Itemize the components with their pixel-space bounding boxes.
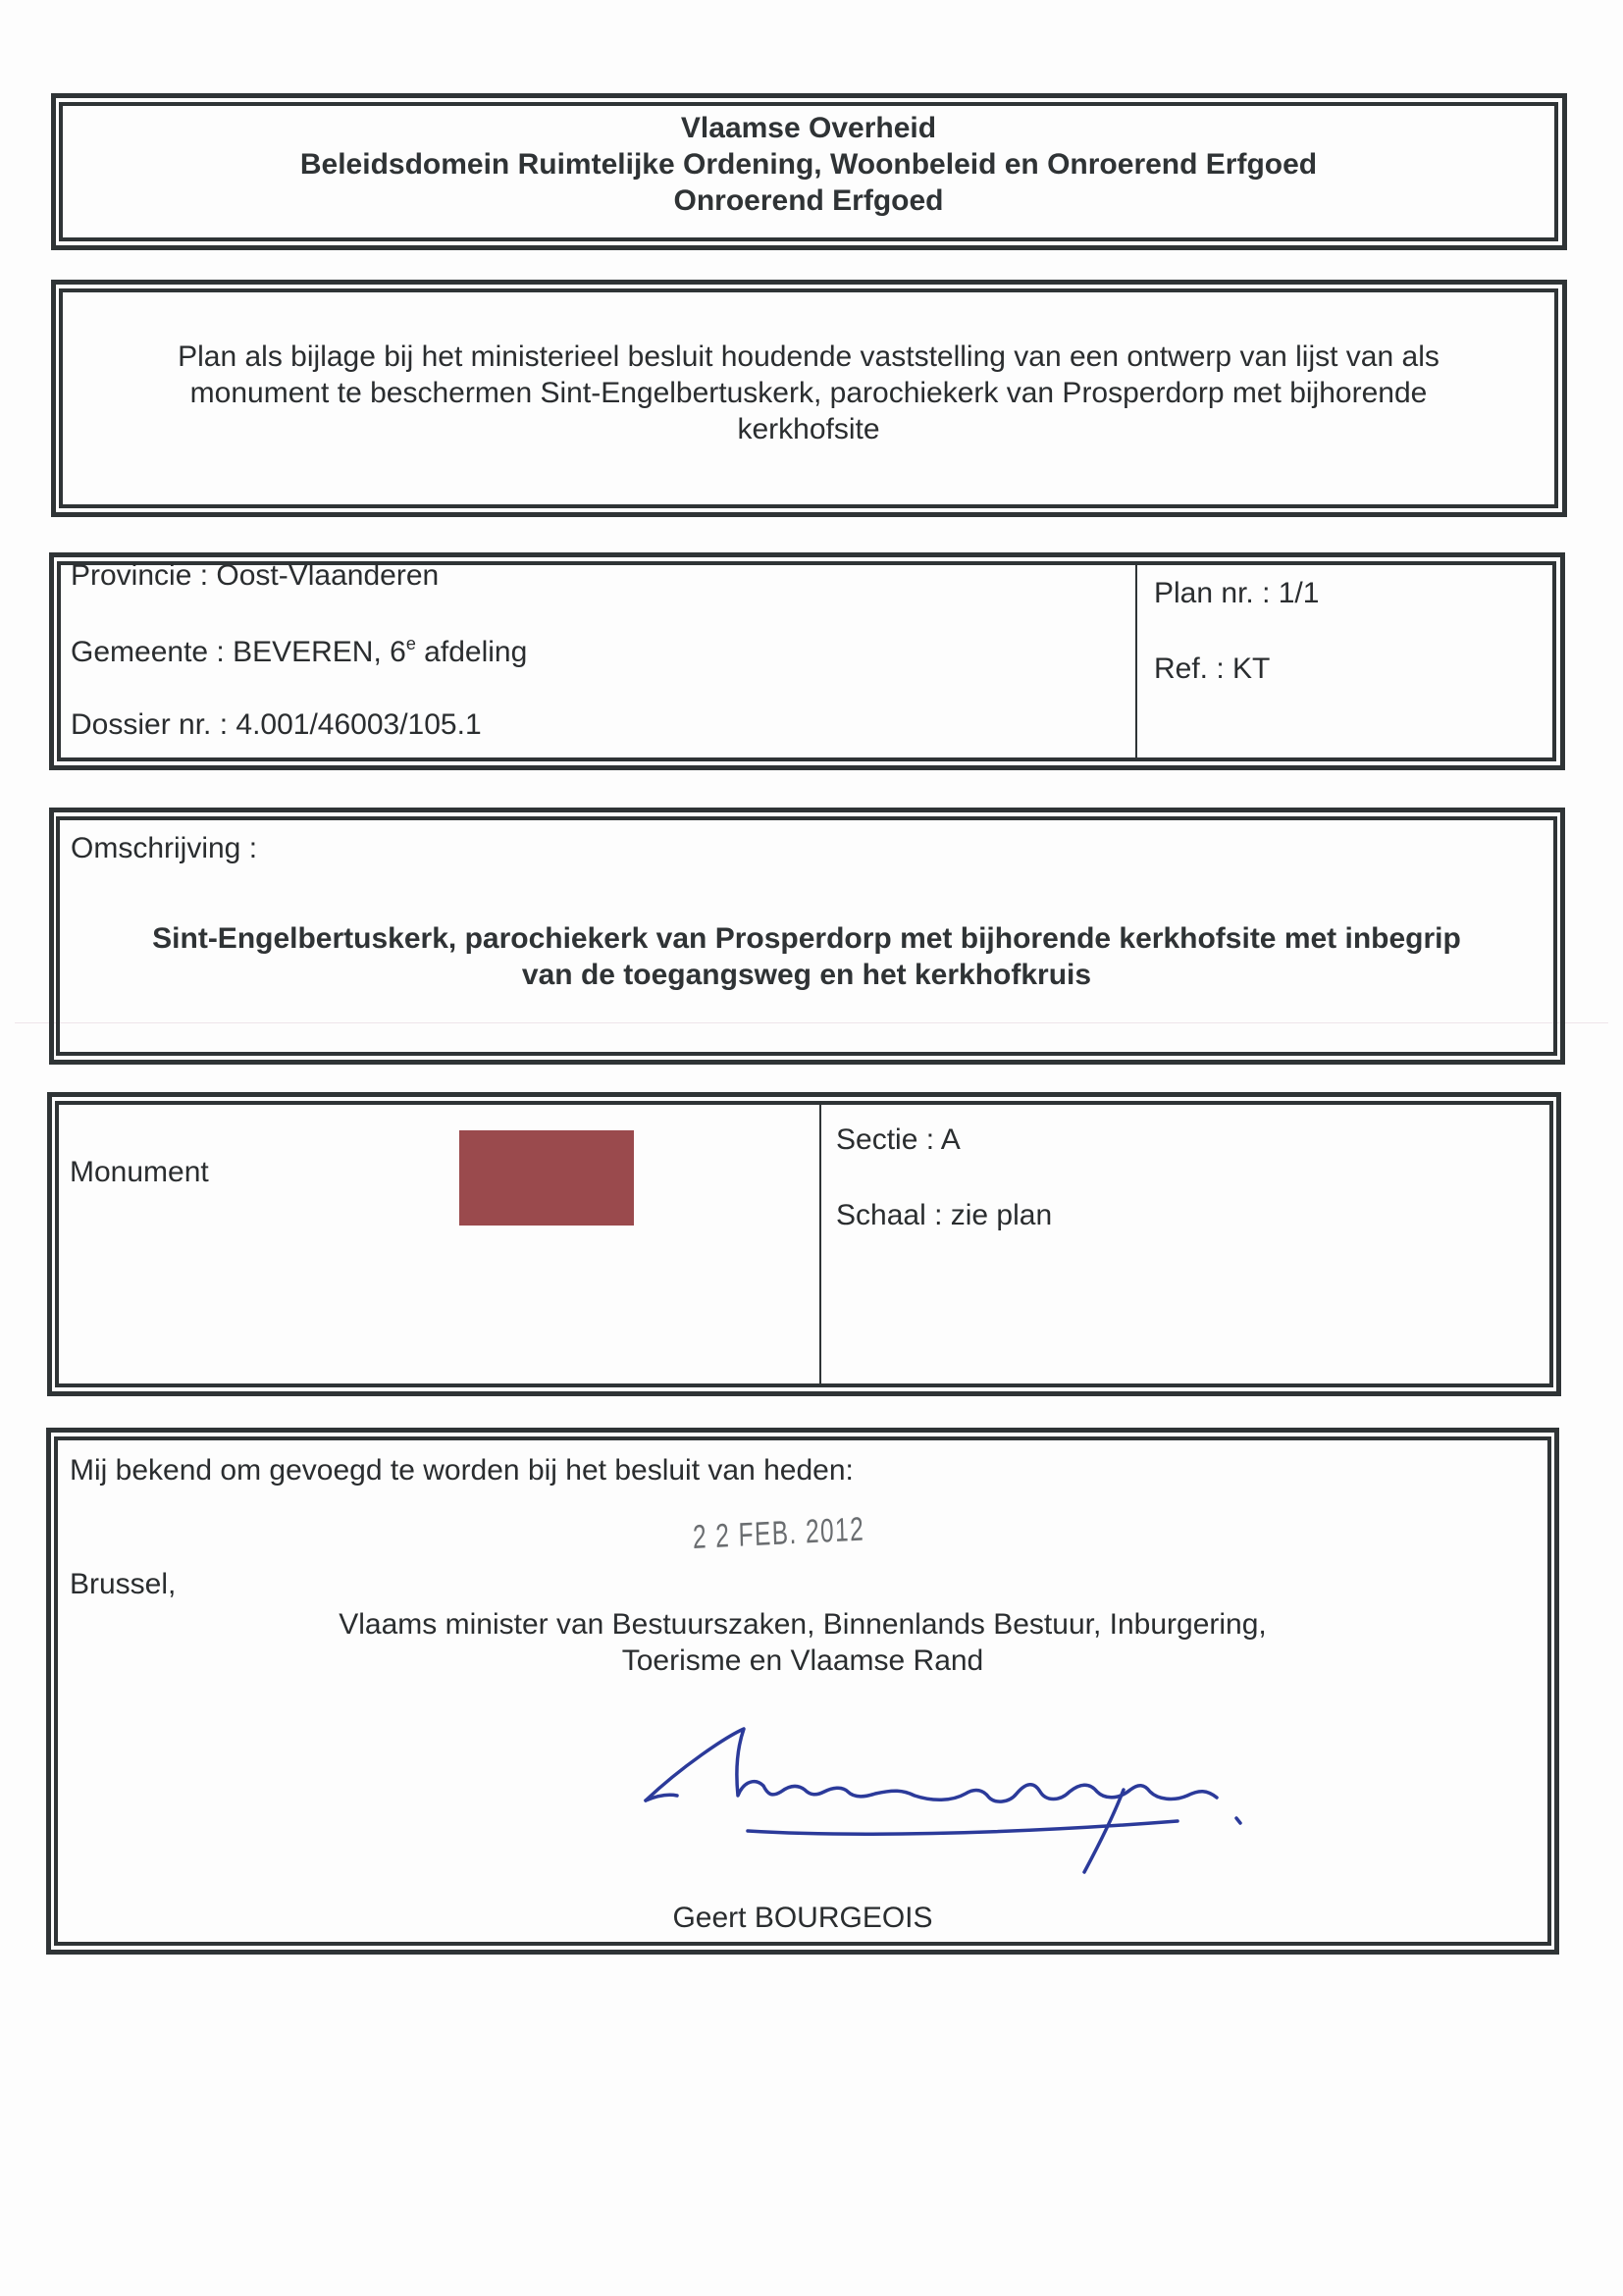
minister-title-line: Vlaams minister van Bestuurszaken, Binne… <box>54 1606 1551 1643</box>
provincie-label: Provincie : <box>71 559 216 592</box>
gemeente-value: BEVEREN, 6 <box>233 636 406 668</box>
provincie-value: Oost-Vlaanderen <box>216 559 439 592</box>
description-line: van de toegangsweg en het kerkhofkruis <box>56 957 1557 993</box>
minister-title: Vlaams minister van Bestuurszaken, Binne… <box>54 1606 1551 1679</box>
gemeente-label: Gemeente : <box>71 636 233 668</box>
ref-label: Ref. : <box>1154 652 1232 685</box>
monument-label: Monument <box>70 1156 209 1189</box>
location-divider <box>1135 563 1137 759</box>
plan-title-line: Plan als bijlage bij het ministerieel be… <box>59 339 1558 375</box>
dossier-label: Dossier nr. : <box>71 708 236 741</box>
header-block: Vlaamse Overheid Beleidsdomein Ruimtelij… <box>59 110 1558 219</box>
signatory-name: Geert BOURGEOIS <box>54 1902 1551 1935</box>
dossier-value: 4.001/46003/105.1 <box>236 708 481 741</box>
gemeente-ordinal: e <box>406 634 416 653</box>
plan-nr-field: Plan nr. : 1/1 <box>1154 577 1319 610</box>
schaal-value: zie plan <box>951 1199 1052 1231</box>
ref-value: KT <box>1232 652 1270 685</box>
header-policy-domain: Beleidsdomein Ruimtelijke Ordening, Woon… <box>59 146 1558 183</box>
description-line: Sint-Engelbertuskerk, parochiekerk van P… <box>56 920 1557 957</box>
sectie-value: A <box>941 1123 961 1156</box>
header-agency: Onroerend Erfgoed <box>59 183 1558 219</box>
gemeente-field: Gemeente : BEVEREN, 6e afdeling <box>71 636 527 669</box>
signature-image <box>589 1707 1276 1933</box>
plan-title-line: monument te beschermen Sint-Engelbertusk… <box>59 375 1558 411</box>
approval-intro: Mij bekend om gevoegd te worden bij het … <box>70 1454 854 1487</box>
plan-nr-label: Plan nr. : <box>1154 577 1279 609</box>
plan-title-line: kerkhofsite <box>59 411 1558 447</box>
monument-color-swatch <box>459 1130 634 1226</box>
plan-title: Plan als bijlage bij het ministerieel be… <box>59 339 1558 447</box>
sectie-field: Sectie : A <box>836 1123 961 1157</box>
gemeente-suffix: afdeling <box>416 636 527 668</box>
dossier-field: Dossier nr. : 4.001/46003/105.1 <box>71 708 482 742</box>
plan-nr-value: 1/1 <box>1279 577 1320 609</box>
sectie-label: Sectie : <box>836 1123 941 1156</box>
header-org: Vlaamse Overheid <box>59 110 1558 146</box>
legend-box-inner <box>55 1101 1553 1387</box>
minister-title-line: Toerisme en Vlaamse Rand <box>54 1643 1551 1679</box>
provincie-field: Provincie : Oost-Vlaanderen <box>71 559 439 593</box>
description-text: Sint-Engelbertuskerk, parochiekerk van P… <box>56 920 1557 993</box>
schaal-label: Schaal : <box>836 1199 951 1231</box>
ref-field: Ref. : KT <box>1154 652 1270 686</box>
legend-divider <box>819 1103 821 1385</box>
description-label: Omschrijving : <box>71 832 257 865</box>
schaal-field: Schaal : zie plan <box>836 1199 1052 1232</box>
approval-place: Brussel, <box>70 1568 176 1601</box>
